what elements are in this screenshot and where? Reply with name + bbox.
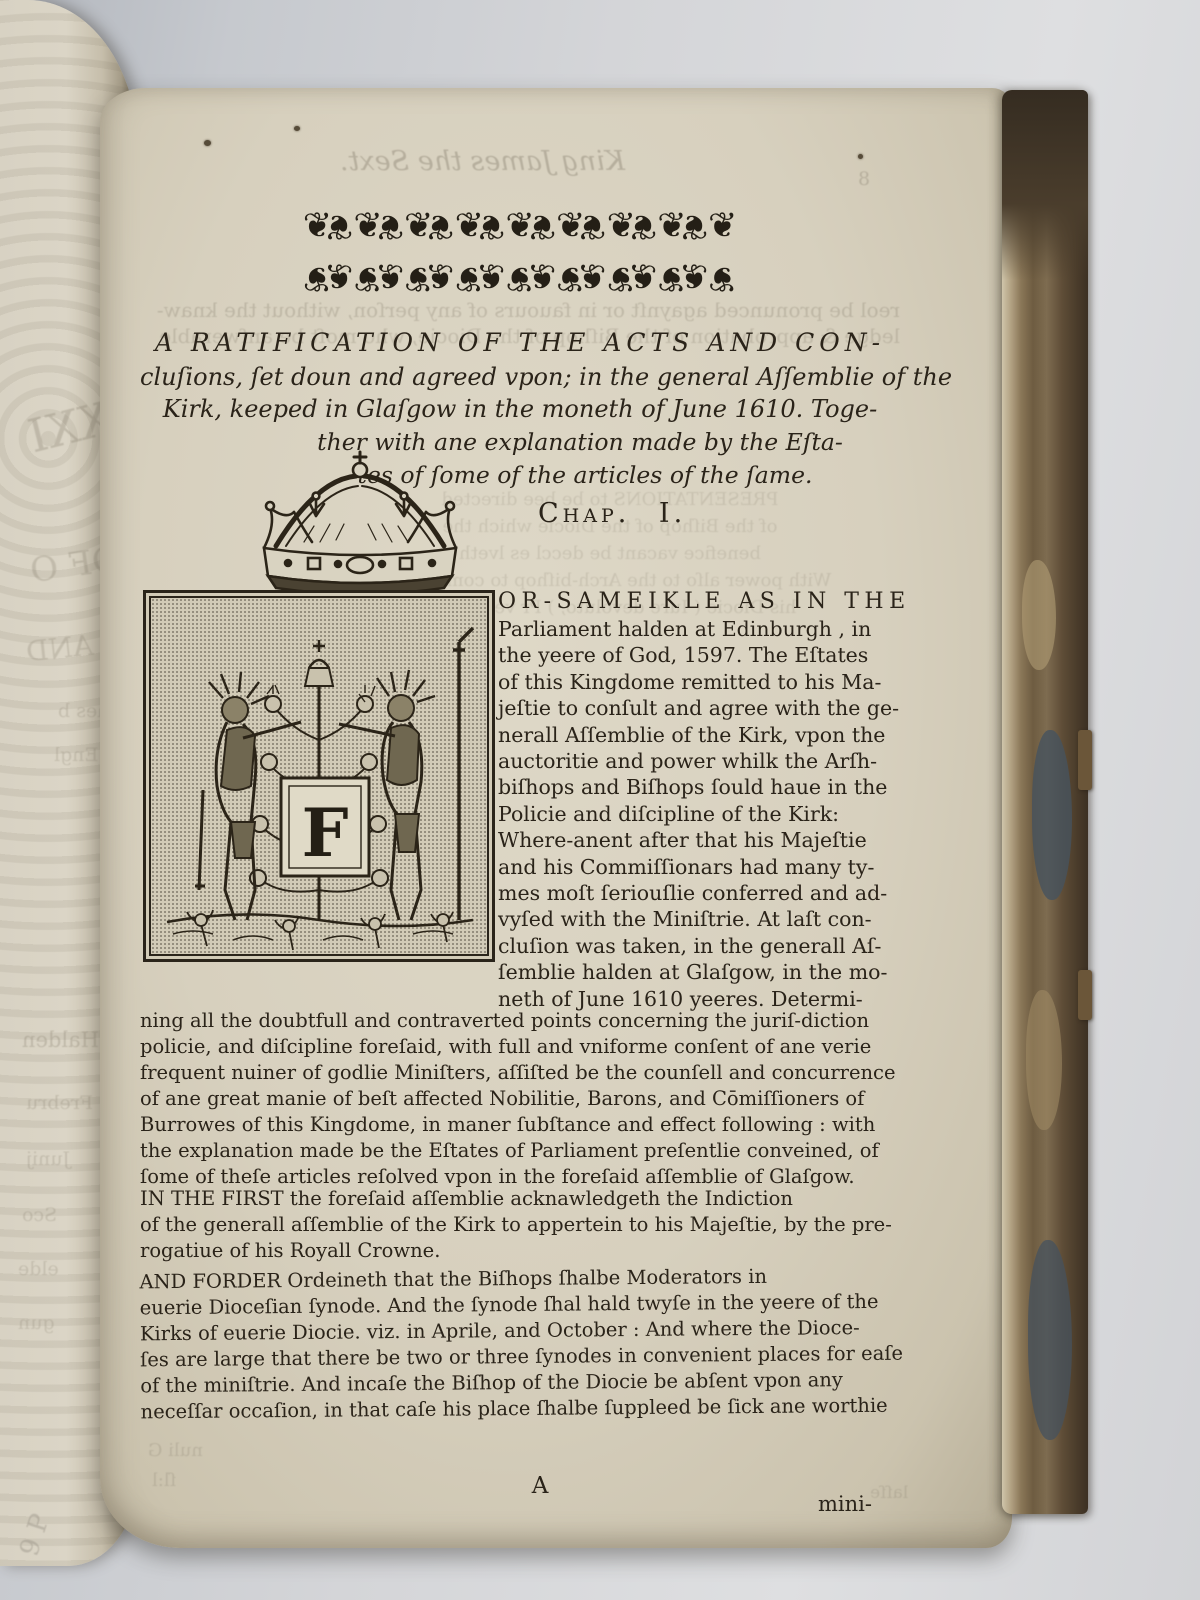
- wormhole: [858, 154, 863, 159]
- marbled-patch: [1028, 1240, 1072, 1440]
- ghost-page-number: 8: [858, 168, 870, 190]
- clasp: [1078, 730, 1092, 790]
- marbled-patch: [1032, 730, 1072, 900]
- ghost-left-sco: Sco: [22, 1204, 57, 1226]
- ghost-left-gun: gun: [18, 1312, 55, 1334]
- crown-woodcut: [220, 450, 500, 595]
- ghost-bottom-1: nuli G: [148, 1440, 203, 1461]
- ghost-left-engl: Engl: [54, 744, 98, 766]
- svg-text:F: F: [302, 794, 349, 872]
- ghost-line-above-title-1: reol be pronunced agaynſt or in fauours …: [160, 298, 900, 322]
- paragraph-and-forder: AND FORDER Ordeineth that the Biſhops ſh…: [139, 1263, 900, 1426]
- chapter-text-column: OR-SAMEIKLE AS IN THEParliament halden a…: [498, 588, 898, 1012]
- marbled-patch: [1026, 990, 1062, 1130]
- book-page: King James the Sext. 8 ❦❦❦❦❦❦❦❦❦❦❦❦❦❦❦❦❦…: [100, 88, 1012, 1548]
- ghost-running-head: King James the Sext.: [340, 146, 625, 177]
- wormhole: [204, 140, 211, 146]
- chapter-heading: Chap. I.: [538, 498, 686, 529]
- marbled-patch: [1022, 560, 1056, 670]
- ghost-left-and: AND: [24, 629, 94, 669]
- woodcut-initial-F: F: [143, 590, 495, 962]
- chapter-text-fullwidth: ning all the doubtfull and contraverted …: [140, 1008, 900, 1190]
- catchword: mini-: [818, 1492, 872, 1516]
- ghost-left-frebru: Frebru: [26, 1092, 93, 1114]
- ghost-left-junij: Junij: [26, 1148, 70, 1170]
- fleuron-row-bottom: ❦❦❦❦❦❦❦❦❦❦❦❦❦❦❦❦❦: [167, 252, 869, 292]
- paragraph-in-the-first: IN THE FIRST the foreſaid aſſemblie ackn…: [140, 1186, 900, 1264]
- clasp: [1078, 970, 1092, 1020]
- fleuron-row-top: ❦❦❦❦❦❦❦❦❦❦❦❦❦❦❦❦❦: [167, 212, 869, 252]
- fleuron-headpiece: ❦❦❦❦❦❦❦❦❦❦❦❦❦❦❦❦❦ ❦❦❦❦❦❦❦❦❦❦❦❦❦❦❦❦❦: [167, 212, 869, 292]
- photo-of-antique-book: { "scene": { "background_color": "#d4d5d…: [0, 0, 1200, 1600]
- wormhole: [294, 126, 300, 131]
- ghost-left-halden: Halden: [22, 1028, 99, 1052]
- ghost-left-elde: elde: [18, 1258, 59, 1280]
- binding-spine: [1002, 90, 1088, 1514]
